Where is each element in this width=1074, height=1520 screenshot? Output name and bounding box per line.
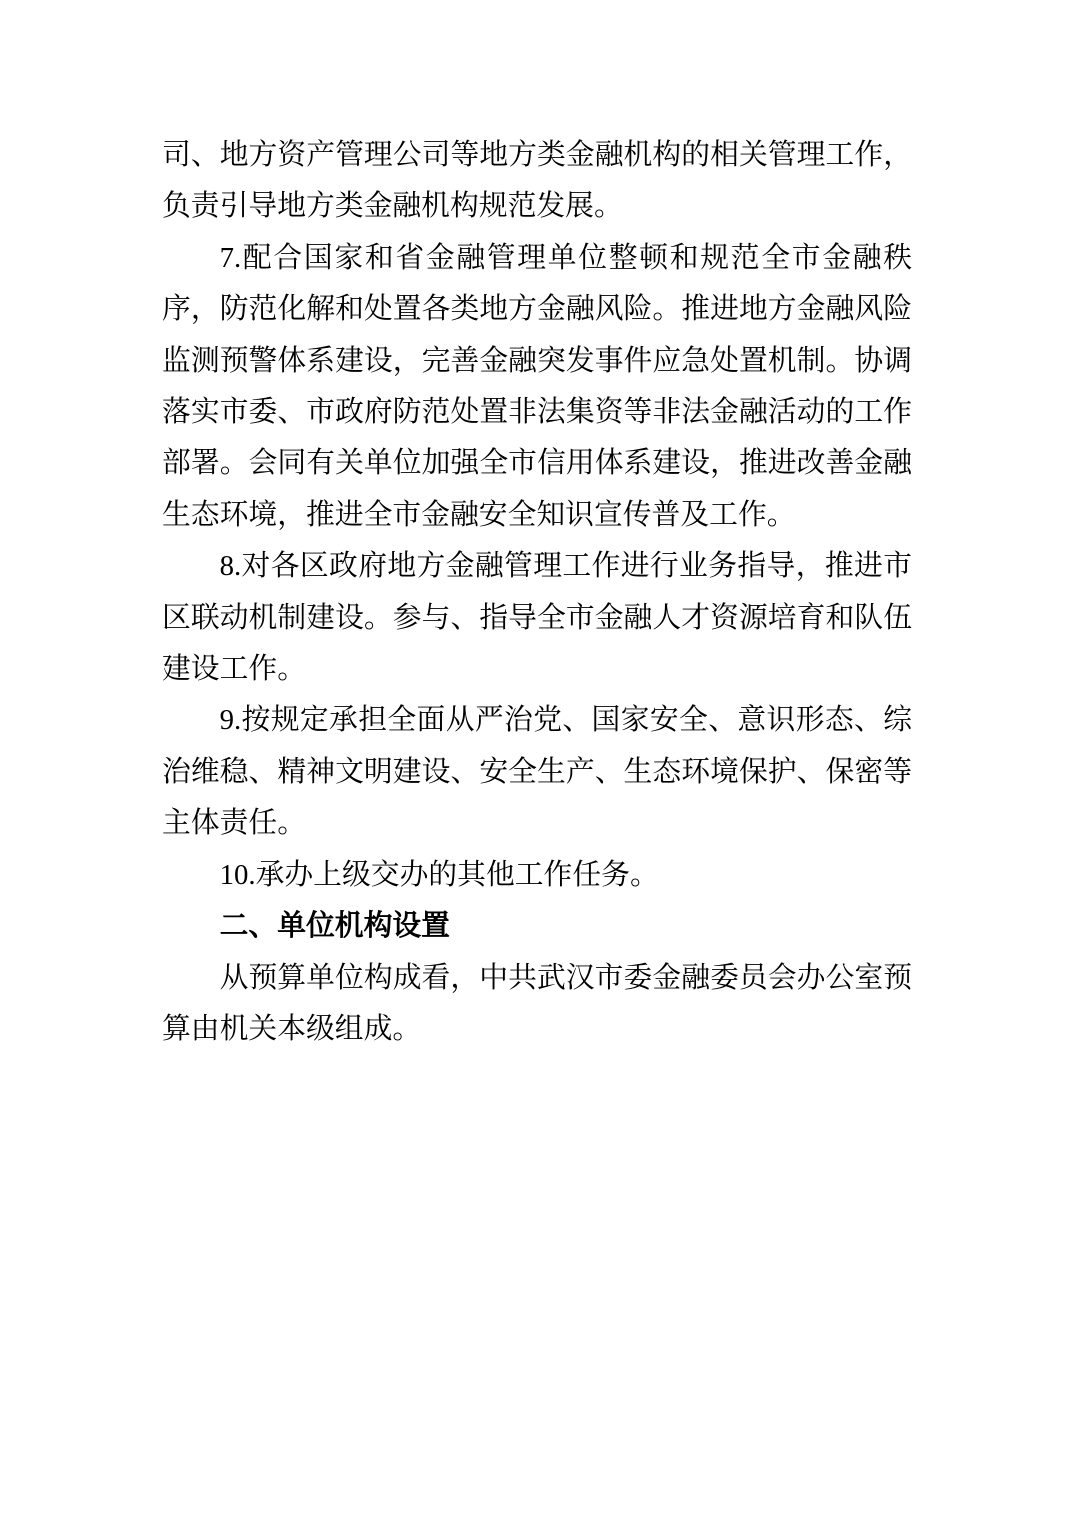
document-text-block: 司、地方资产管理公司等地方类金融机构的相关管理工作，负责引导地方类金融机构规范发… [162, 130, 912, 1055]
paragraph-budget-unit-composition: 从预算单位构成看，中共武汉市委金融委员会办公室预算由机关本级组成。 [162, 953, 912, 1056]
paragraph-duty-7: 7.配合国家和省金融管理单位整顿和规范全市金融秩序，防范化解和处置各类地方金融风… [162, 233, 912, 541]
document-page: 司、地方资产管理公司等地方类金融机构的相关管理工作，负责引导地方类金融机构规范发… [0, 0, 1074, 1520]
paragraph-duty-8: 8.对各区政府地方金融管理工作进行业务指导，推进市区联动机制建设。参与、指导全市… [162, 541, 912, 695]
paragraph-duty-10: 10.承办上级交办的其他工作任务。 [162, 850, 912, 901]
paragraph-duty-9: 9.按规定承担全面从严治党、国家安全、意识形态、综治维稳、精神文明建设、安全生产… [162, 695, 912, 849]
paragraph-continuation: 司、地方资产管理公司等地方类金融机构的相关管理工作，负责引导地方类金融机构规范发… [162, 130, 912, 233]
section-heading-organization: 二、单位机构设置 [162, 901, 912, 952]
